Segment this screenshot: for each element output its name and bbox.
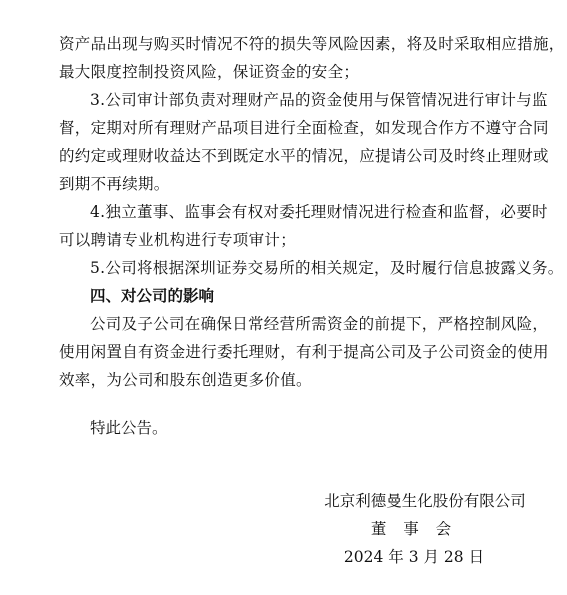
- text-line: 4.独立董事、监事会有权对委托理财情况进行检查和监督，必要时: [59, 198, 507, 226]
- text-line: 最大限度控制投资风险，保证资金的安全；: [59, 58, 507, 86]
- text-line: 5.公司将根据深圳证券交易所的相关规定，及时履行信息披露义务。: [59, 254, 507, 282]
- text-line: 可以聘请专业机构进行专项审计；: [59, 226, 507, 254]
- paragraph-item-3-audit: 3.公司审计部负责对理财产品的资金使用与保管情况进行审计与监 督，定期对所有理财…: [59, 86, 507, 198]
- paragraph-item-5-disclosure: 5.公司将根据深圳证券交易所的相关规定，及时履行信息披露义务。: [59, 254, 507, 282]
- text-line: 督，定期对所有理财产品项目进行全面检查，如发现合作方不遵守合同: [59, 114, 507, 142]
- text-line: 资产品出现与购买时情况不符的损失等风险因素，将及时采取相应措施，: [59, 30, 507, 58]
- text-line: 的约定或理财收益达不到既定水平的情况，应提请公司及时终止理财或: [59, 142, 507, 170]
- paragraph-risk-measures: 资产品出现与购买时情况不符的损失等风险因素，将及时采取相应措施， 最大限度控制投…: [59, 30, 507, 86]
- closing-statement: 特此公告。: [59, 414, 507, 442]
- signature-block: 北京利德曼生化股份有限公司 董 事 会 2024 年 3 月 28 日: [300, 487, 528, 571]
- text-line: 3.公司审计部负责对理财产品的资金使用与保管情况进行审计与监: [59, 86, 507, 114]
- text-line: 使用闲置自有资金进行委托理财，有利于提高公司及子公司资金的使用: [59, 338, 507, 366]
- paragraph-impact: 公司及子公司在确保日常经营所需资金的前提下，严格控制风险， 使用闲置自有资金进行…: [59, 310, 507, 394]
- text-line: 效率，为公司和股东创造更多价值。: [59, 366, 507, 394]
- section-heading-impact: 四、对公司的影响: [59, 282, 507, 310]
- paragraph-item-4-supervision: 4.独立董事、监事会有权对委托理财情况进行检查和监督，必要时 可以聘请专业机构进…: [59, 198, 507, 254]
- board-of-directors: 董 事 会: [300, 515, 528, 543]
- announcement-date: 2024 年 3 月 28 日: [300, 543, 528, 571]
- text-line: 公司及子公司在确保日常经营所需资金的前提下，严格控制风险，: [59, 310, 507, 338]
- text-line: 到期不再续期。: [59, 170, 507, 198]
- document-page: 资产品出现与购买时情况不符的损失等风险因素，将及时采取相应措施， 最大限度控制投…: [59, 30, 507, 442]
- company-name: 北京利德曼生化股份有限公司: [322, 487, 528, 515]
